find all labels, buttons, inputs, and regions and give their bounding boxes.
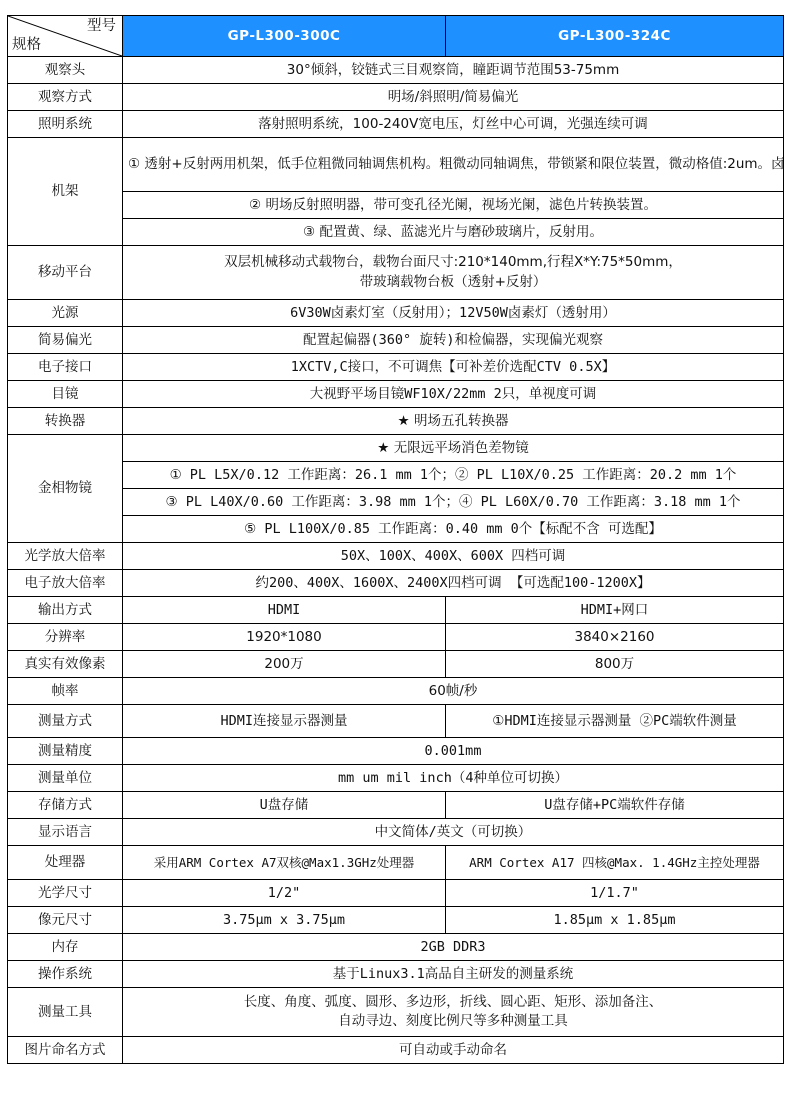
model-b-value: HDMI+网口 — [446, 597, 784, 624]
frame-item-3: ③ 配置黄、绿、蓝滤光片与磨砂玻璃片，反射用。 — [123, 219, 784, 246]
row-label: 移动平台 — [8, 246, 123, 300]
table-row: 照明系统 落射照明系统，100-240V宽电压，灯丝中心可调，光强连续可调 — [8, 111, 784, 138]
table-row: 测量工具 长度、角度、弧度、圆形、多边形，折线、圆心距、矩形、添加备注、 自动寻… — [8, 988, 784, 1037]
model-b-value: 3840×2160 — [446, 624, 784, 651]
row-value: 可自动或手动命名 — [123, 1037, 784, 1064]
table-row: 内存 2GB DDR3 — [8, 934, 784, 961]
row-value: 中文简体/英文（可切换） — [123, 819, 784, 846]
stage-line-1: 双层机械移动式载物台，载物台面尺寸:210*140mm,行程X*Y:75*50m… — [128, 254, 778, 271]
row-label: 简易偏光 — [8, 327, 123, 354]
table-row: 目镜 大视野平场目镜WF10X/22mm 2只，单视度可调 — [8, 381, 784, 408]
spec-table: 型号 规格 GP-L300-300C GP-L300-324C 观察头 30°倾… — [7, 15, 784, 1064]
row-value: 落射照明系统，100-240V宽电压，灯丝中心可调，光强连续可调 — [123, 111, 784, 138]
frame-item-1: ① 透射+反射两用机架，低手位粗微同轴调焦机构。粗微动同轴调焦，带锁紧和限位装置… — [123, 138, 784, 192]
table-row: 像元尺寸 3.75μm x 3.75μm 1.85μm x 1.85μm — [8, 907, 784, 934]
tools-line-2: 自动寻边、刻度比例尺等多种测量工具 — [128, 1013, 778, 1030]
table-row: 显示语言 中文简体/英文（可切换） — [8, 819, 784, 846]
table-row: 帧率 60帧/秒 — [8, 678, 784, 705]
row-label: 内存 — [8, 934, 123, 961]
table-row: 光源 6V30W卤素灯室（反射用）；12V50W卤素灯（透射用） — [8, 300, 784, 327]
table-row: 光学尺寸 1/2" 1/1.7" — [8, 880, 784, 907]
model-label: 型号 — [87, 18, 116, 35]
row-label: 输出方式 — [8, 597, 123, 624]
table-row: 测量方式 HDMI连接显示器测量 ①HDMI连接显示器测量 ②PC端软件测量 — [8, 705, 784, 738]
row-value: 2GB DDR3 — [123, 934, 784, 961]
spec-label: 规格 — [12, 37, 41, 54]
row-label: 观察方式 — [8, 84, 123, 111]
model-a-value: U盘存储 — [123, 792, 446, 819]
table-row: 测量精度 0.001mm — [8, 738, 784, 765]
row-label: 电子接口 — [8, 354, 123, 381]
model-a-value: 1/2" — [123, 880, 446, 907]
row-value: 基于Linux3.1高品自主研发的测量系统 — [123, 961, 784, 988]
table-row: 观察方式 明场/斜照明/简易偏光 — [8, 84, 784, 111]
row-value: 30°倾斜，铰链式三目观察筒，瞳距调节范围53-75mm — [123, 57, 784, 84]
model-b-header: GP-L300-324C — [446, 16, 784, 57]
row-label: 机架 — [8, 138, 123, 246]
row-label: 光源 — [8, 300, 123, 327]
table-row: ③ 配置黄、绿、蓝滤光片与磨砂玻璃片，反射用。 — [8, 219, 784, 246]
table-row: 真实有效像素 200万 800万 — [8, 651, 784, 678]
row-value: 大视野平场目镜WF10X/22mm 2只，单视度可调 — [123, 381, 784, 408]
model-a-value: HDMI连接显示器测量 — [123, 705, 446, 738]
row-value: 1XCTV,C接口，不可调焦【可补差价选配CTV 0.5X】 — [123, 354, 784, 381]
model-b-value: ARM Cortex A17 四核@Max. 1.4GHz主控处理器 — [446, 846, 784, 880]
table-row: 图片命名方式 可自动或手动命名 — [8, 1037, 784, 1064]
table-row: 分辨率 1920*1080 3840×2160 — [8, 624, 784, 651]
row-label: 真实有效像素 — [8, 651, 123, 678]
row-value: 明场/斜照明/简易偏光 — [123, 84, 784, 111]
row-value: 60帧/秒 — [123, 678, 784, 705]
table-row: ③ PL L40X/0.60 工作距离：3.98 mm 1个；④ PL L60X… — [8, 489, 784, 516]
row-value: 0.001mm — [123, 738, 784, 765]
table-row: 移动平台 双层机械移动式载物台，载物台面尺寸:210*140mm,行程X*Y:7… — [8, 246, 784, 300]
row-label: 观察头 — [8, 57, 123, 84]
row-label: 照明系统 — [8, 111, 123, 138]
table-row: 测量单位 mm um mil inch（4种单位可切换） — [8, 765, 784, 792]
table-row: 输出方式 HDMI HDMI+网口 — [8, 597, 784, 624]
row-label: 电子放大倍率 — [8, 570, 123, 597]
model-b-value: U盘存储+PC端软件存储 — [446, 792, 784, 819]
row-label: 测量精度 — [8, 738, 123, 765]
objectives-title: ★ 无限远平场消色差物镜 — [123, 435, 784, 462]
row-label: 图片命名方式 — [8, 1037, 123, 1064]
table-row: 观察头 30°倾斜，铰链式三目观察筒，瞳距调节范围53-75mm — [8, 57, 784, 84]
model-b-value: 1.85μm x 1.85μm — [446, 907, 784, 934]
row-label: 处理器 — [8, 846, 123, 880]
table-row: 电子接口 1XCTV,C接口，不可调焦【可补差价选配CTV 0.5X】 — [8, 354, 784, 381]
model-a-value: 200万 — [123, 651, 446, 678]
model-b-value: 800万 — [446, 651, 784, 678]
stage-line-2: 带玻璃载物台板（透射+反射） — [128, 274, 778, 291]
table-row: 存储方式 U盘存储 U盘存储+PC端软件存储 — [8, 792, 784, 819]
tools-line-1: 长度、角度、弧度、圆形、多边形，折线、圆心距、矩形、添加备注、 — [128, 994, 778, 1011]
row-label: 转换器 — [8, 408, 123, 435]
model-b-value: ①HDMI连接显示器测量 ②PC端软件测量 — [446, 705, 784, 738]
row-label: 目镜 — [8, 381, 123, 408]
table-row: 机架 ① 透射+反射两用机架，低手位粗微同轴调焦机构。粗微动同轴调焦，带锁紧和限… — [8, 138, 784, 192]
corner-cell: 型号 规格 — [8, 16, 123, 57]
row-value: 6V30W卤素灯室（反射用）；12V50W卤素灯（透射用） — [123, 300, 784, 327]
model-a-header: GP-L300-300C — [123, 16, 446, 57]
row-label: 金相物镜 — [8, 435, 123, 543]
row-label: 测量工具 — [8, 988, 123, 1037]
model-a-value: 1920*1080 — [123, 624, 446, 651]
table-row: 光学放大倍率 50X、100X、400X、600X 四档可调 — [8, 543, 784, 570]
table-row: 电子放大倍率 约200、400X、1600X、2400X四档可调 【可选配100… — [8, 570, 784, 597]
row-label: 帧率 — [8, 678, 123, 705]
table-row: 操作系统 基于Linux3.1高品自主研发的测量系统 — [8, 961, 784, 988]
table-row: ① PL L5X/0.12 工作距离：26.1 mm 1个；② PL L10X/… — [8, 462, 784, 489]
row-value: 双层机械移动式载物台，载物台面尺寸:210*140mm,行程X*Y:75*50m… — [123, 246, 784, 300]
table-row: 简易偏光 配置起偏器(360° 旋转)和检偏器，实现偏光观察 — [8, 327, 784, 354]
table-row: 转换器 ★ 明场五孔转换器 — [8, 408, 784, 435]
model-b-value: 1/1.7" — [446, 880, 784, 907]
model-a-value: 采用ARM Cortex A7双核@Max1.3GHz处理器 — [123, 846, 446, 880]
table-row: 处理器 采用ARM Cortex A7双核@Max1.3GHz处理器 ARM C… — [8, 846, 784, 880]
header-row: 型号 规格 GP-L300-300C GP-L300-324C — [8, 16, 784, 57]
row-label: 显示语言 — [8, 819, 123, 846]
row-value: 50X、100X、400X、600X 四档可调 — [123, 543, 784, 570]
model-a-value: 3.75μm x 3.75μm — [123, 907, 446, 934]
table-row: ② 明场反射照明器，带可变孔径光阑，视场光阑，滤色片转换装置。 — [8, 192, 784, 219]
objective-line-2: ③ PL L40X/0.60 工作距离：3.98 mm 1个；④ PL L60X… — [123, 489, 784, 516]
row-label: 像元尺寸 — [8, 907, 123, 934]
frame-item-2: ② 明场反射照明器，带可变孔径光阑，视场光阑，滤色片转换装置。 — [123, 192, 784, 219]
row-label: 存储方式 — [8, 792, 123, 819]
row-label: 操作系统 — [8, 961, 123, 988]
row-label: 测量方式 — [8, 705, 123, 738]
model-a-value: HDMI — [123, 597, 446, 624]
row-label: 光学尺寸 — [8, 880, 123, 907]
table-row: 金相物镜 ★ 无限远平场消色差物镜 — [8, 435, 784, 462]
objective-line-3: ⑤ PL L100X/0.85 工作距离：0.40 mm 0个【标配不含 可选配… — [123, 516, 784, 543]
row-value: ★ 明场五孔转换器 — [123, 408, 784, 435]
row-value: 长度、角度、弧度、圆形、多边形，折线、圆心距、矩形、添加备注、 自动寻边、刻度比… — [123, 988, 784, 1037]
row-label: 分辨率 — [8, 624, 123, 651]
objective-line-1: ① PL L5X/0.12 工作距离：26.1 mm 1个；② PL L10X/… — [123, 462, 784, 489]
row-value: 约200、400X、1600X、2400X四档可调 【可选配100-1200X】 — [123, 570, 784, 597]
row-label: 测量单位 — [8, 765, 123, 792]
table-row: ⑤ PL L100X/0.85 工作距离：0.40 mm 0个【标配不含 可选配… — [8, 516, 784, 543]
row-value: mm um mil inch（4种单位可切换） — [123, 765, 784, 792]
row-label: 光学放大倍率 — [8, 543, 123, 570]
row-value: 配置起偏器(360° 旋转)和检偏器，实现偏光观察 — [123, 327, 784, 354]
